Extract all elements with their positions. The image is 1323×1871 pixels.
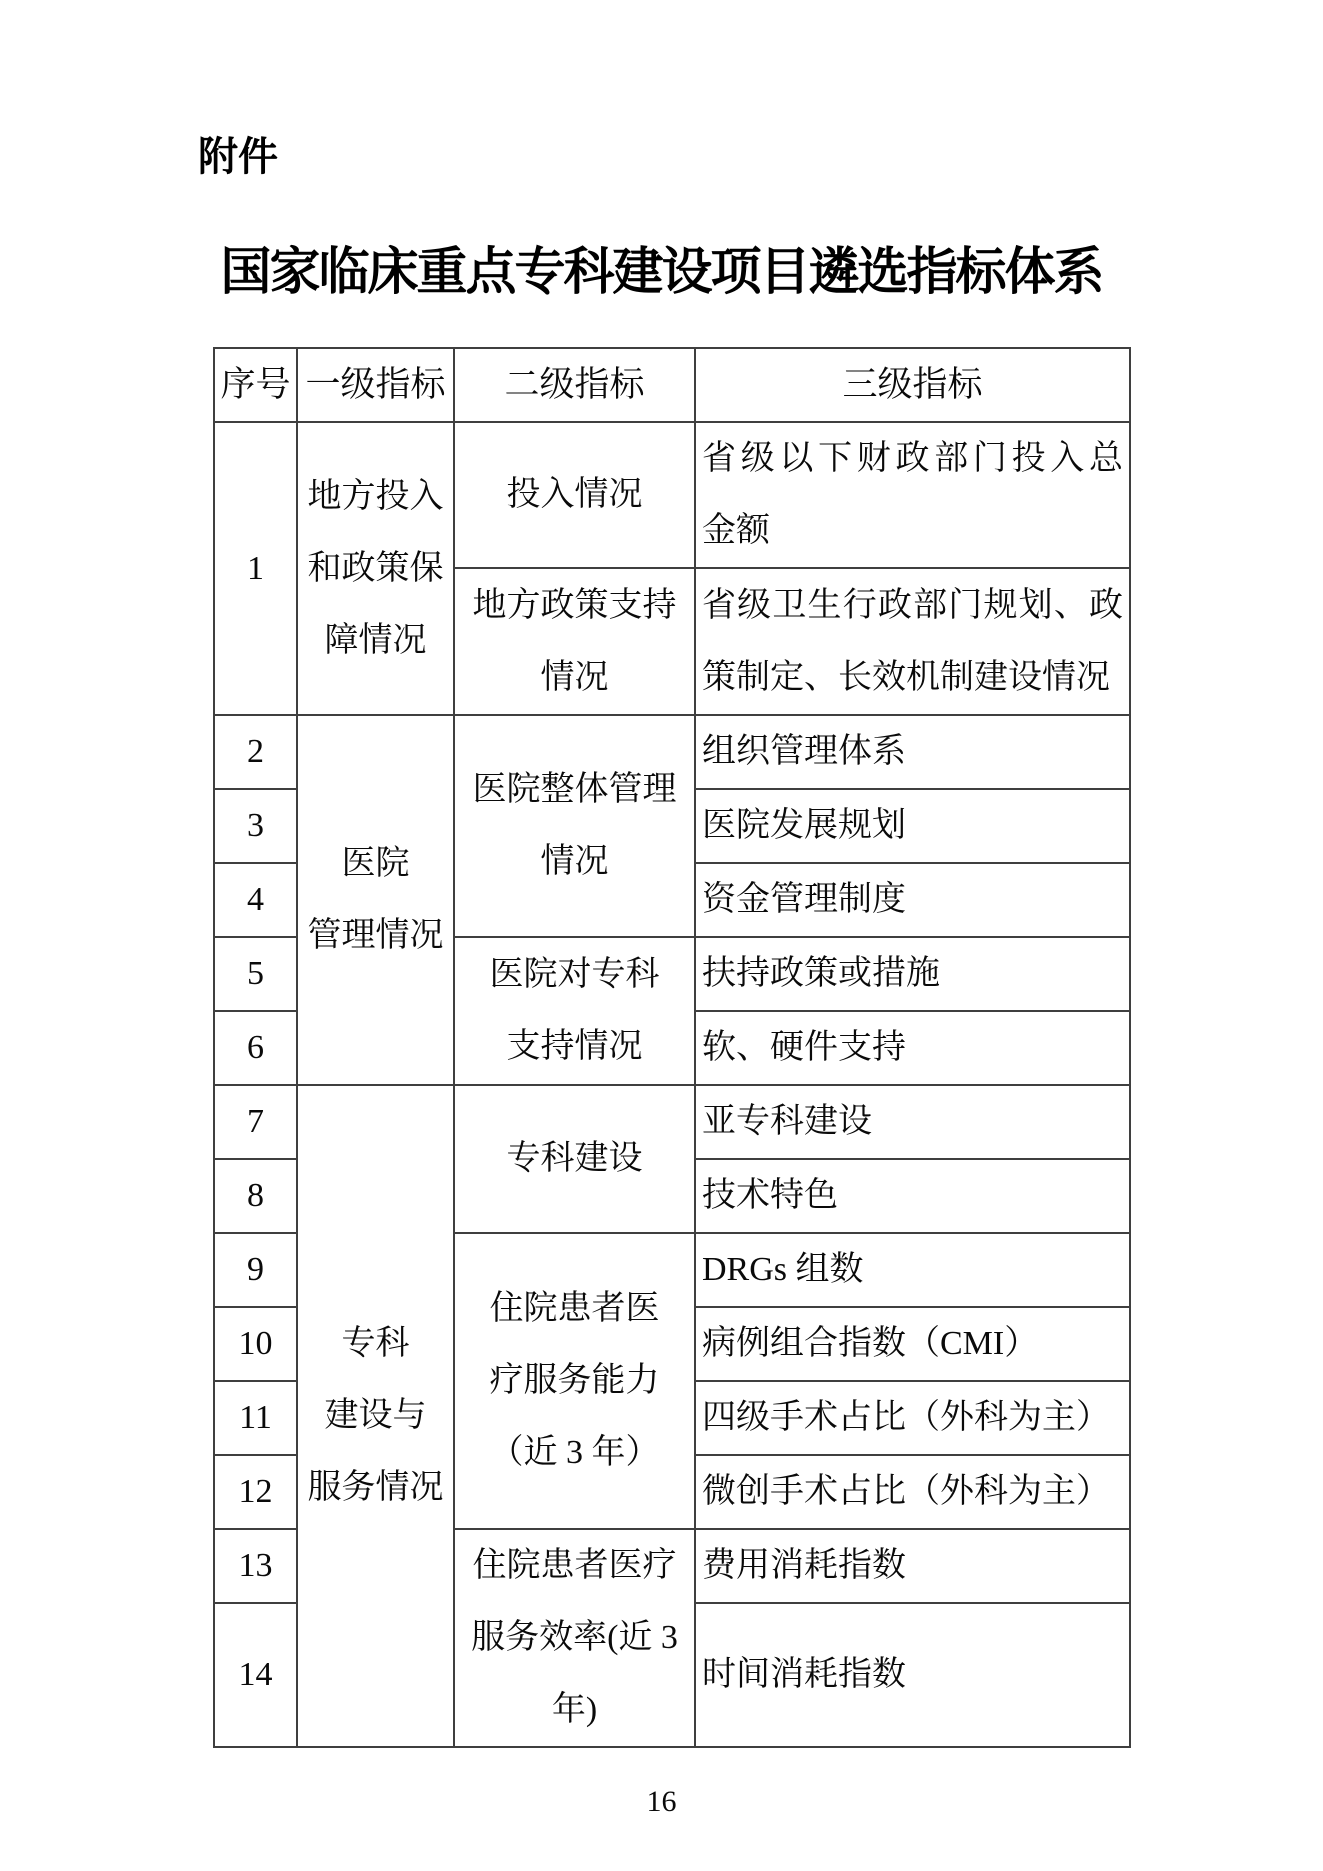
column-header-level2: 二级指标 (454, 348, 695, 422)
column-header-seq: 序号 (214, 348, 297, 422)
level2-cell: 专科建设 (454, 1085, 695, 1233)
level2-cell: 投入情况 (454, 422, 695, 568)
seq-cell: 14 (214, 1603, 297, 1747)
level2-cell: 住院患者医 疗服务能力 （近 3 年） (454, 1233, 695, 1529)
level1-cell: 专科 建设与 服务情况 (297, 1085, 454, 1747)
level3-cell: 医院发展规划 (695, 789, 1130, 863)
level3-cell: 省级以下财政部门投入总金额 (695, 422, 1130, 568)
seq-cell: 11 (214, 1381, 297, 1455)
level1-cell: 地方投入 和政策保 障情况 (297, 422, 454, 715)
indicator-table: 序号 一级指标 二级指标 三级指标 1 地方投入 和政策保 障情况 投入情况 省… (213, 347, 1131, 1748)
seq-cell: 13 (214, 1529, 297, 1603)
level3-cell: 病例组合指数（CMI） (695, 1307, 1130, 1381)
seq-cell: 6 (214, 1011, 297, 1085)
level2-cell: 地方政策支持 情况 (454, 568, 695, 715)
seq-cell: 4 (214, 863, 297, 937)
level3-cell: 软、硬件支持 (695, 1011, 1130, 1085)
seq-cell: 3 (214, 789, 297, 863)
level3-cell: 时间消耗指数 (695, 1603, 1130, 1747)
table-row: 1 地方投入 和政策保 障情况 投入情况 省级以下财政部门投入总金额 (214, 422, 1130, 568)
seq-cell: 10 (214, 1307, 297, 1381)
level3-cell: 亚专科建设 (695, 1085, 1130, 1159)
level3-cell: 扶持政策或措施 (695, 937, 1130, 1011)
table-row: 7 专科 建设与 服务情况 专科建设 亚专科建设 (214, 1085, 1130, 1159)
document-page: 附件 国家临床重点专科建设项目遴选指标体系 序号 一级指标 二级指标 三级指标 … (0, 0, 1323, 1871)
level2-cell: 医院对专科 支持情况 (454, 937, 695, 1085)
level3-cell: 微创手术占比（外科为主） (695, 1455, 1130, 1529)
level2-cell: 住院患者医疗 服务效率(近 3 年) (454, 1529, 695, 1747)
column-header-level3: 三级指标 (695, 348, 1130, 422)
level3-cell: 技术特色 (695, 1159, 1130, 1233)
level3-cell: 资金管理制度 (695, 863, 1130, 937)
seq-cell: 5 (214, 937, 297, 1011)
document-title: 国家临床重点专科建设项目遴选指标体系 (0, 242, 1323, 306)
seq-cell: 9 (214, 1233, 297, 1307)
seq-cell: 2 (214, 715, 297, 789)
level3-cell: 费用消耗指数 (695, 1529, 1130, 1603)
level3-cell: DRGs 组数 (695, 1233, 1130, 1307)
level1-cell: 医院 管理情况 (297, 715, 454, 1085)
column-header-level1: 一级指标 (297, 348, 454, 422)
level3-cell: 组织管理体系 (695, 715, 1130, 789)
page-number: 16 (0, 1785, 1323, 1819)
level3-cell: 四级手术占比（外科为主） (695, 1381, 1130, 1455)
seq-cell: 8 (214, 1159, 297, 1233)
attachment-label: 附件 (198, 132, 278, 182)
seq-cell: 12 (214, 1455, 297, 1529)
table-header-row: 序号 一级指标 二级指标 三级指标 (214, 348, 1130, 422)
table-row: 2 医院 管理情况 医院整体管理 情况 组织管理体系 (214, 715, 1130, 789)
level2-cell: 医院整体管理 情况 (454, 715, 695, 937)
level3-cell: 省级卫生行政部门规划、政策制定、长效机制建设情况 (695, 568, 1130, 715)
seq-cell: 7 (214, 1085, 297, 1159)
seq-cell: 1 (214, 422, 297, 715)
